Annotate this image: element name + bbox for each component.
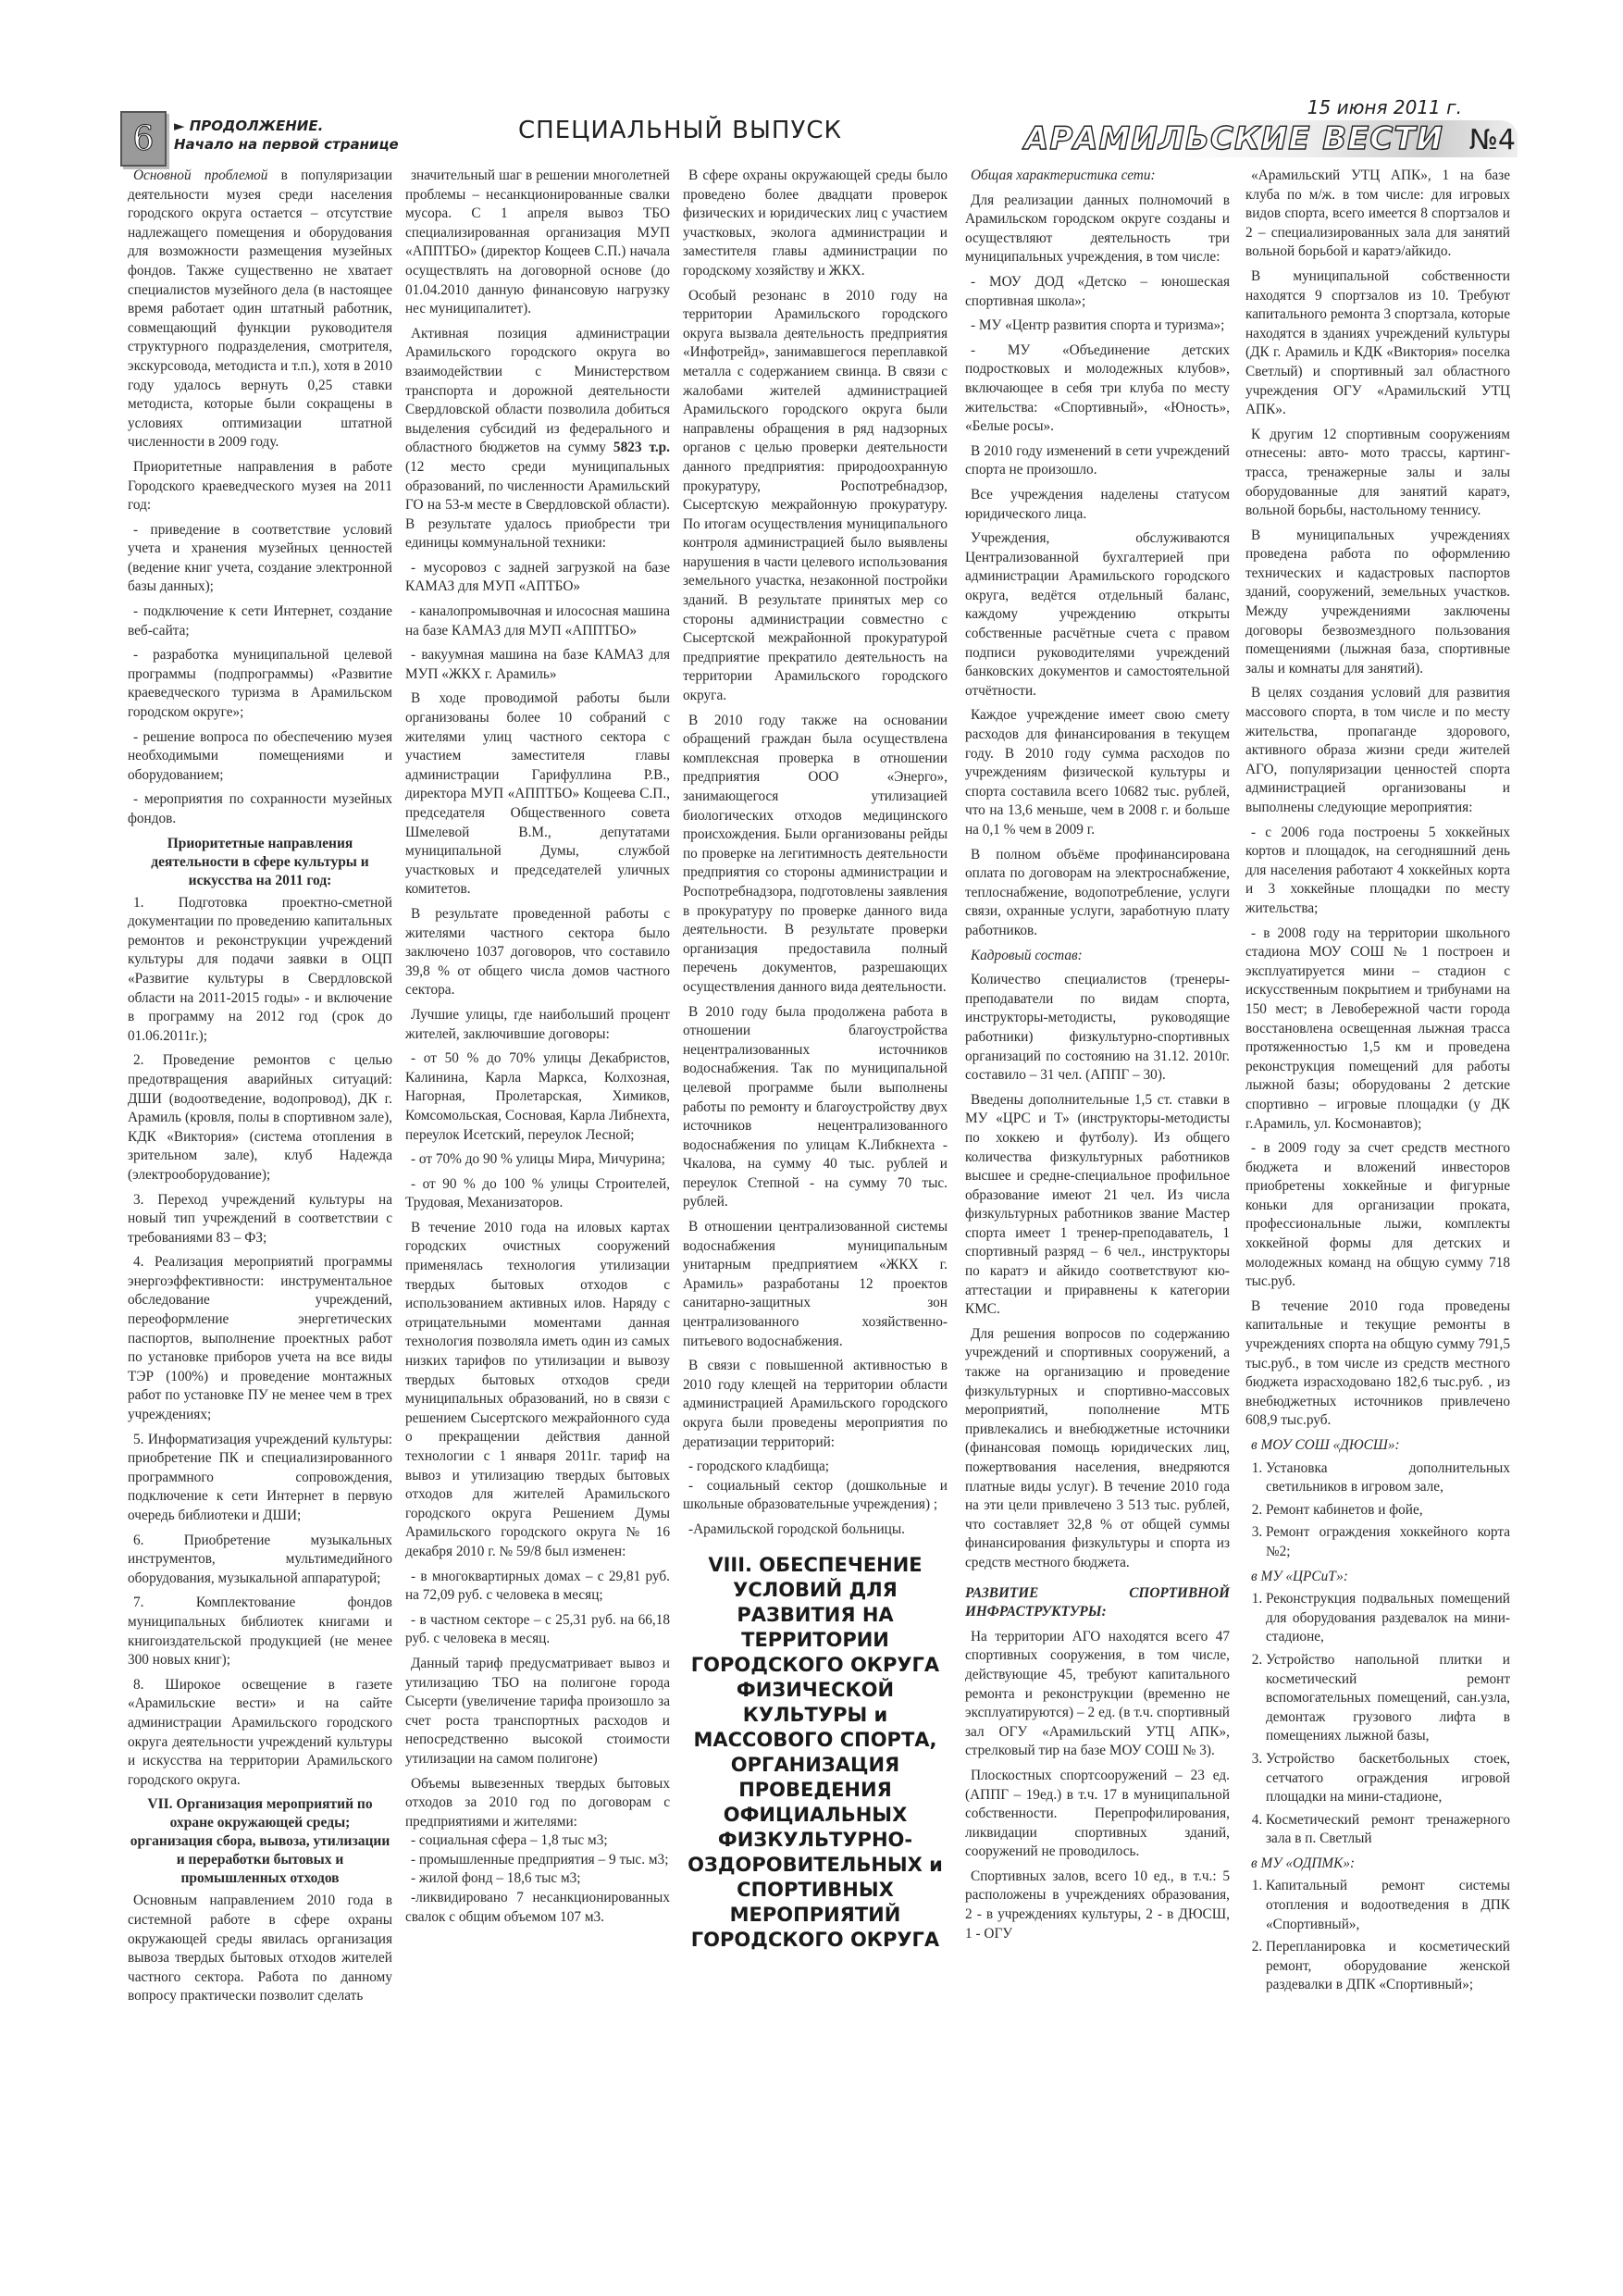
list-item: - от 50 % до 70% улицы Декабристов, Кали… (405, 1049, 670, 1145)
list-item: - в многоквартирных домах – с 29,81 руб.… (405, 1568, 670, 1606)
repairs-list-dyussh: Установка дополнительных светильников в … (1245, 1459, 1510, 1562)
numbered-item: 6. Приобретение музыкальных инструментов… (128, 1532, 392, 1589)
list-item: - подключение к сети Интернет, создание … (128, 602, 392, 640)
section-title: СПЕЦИАЛЬНЫЙ ВЫПУСК (518, 117, 842, 144)
list-item: - мероприятия по сохранности музейных фо… (128, 790, 392, 828)
paragraph: В результате проведенной работы с жителя… (405, 905, 670, 1000)
list-item: - с 2006 года построены 5 хоккейных корт… (1245, 824, 1510, 919)
paragraph: Все учреждения наделены статусом юридиче… (965, 486, 1230, 524)
paragraph: В течение 2010 года проведены капитальны… (1245, 1297, 1510, 1431)
list-item: - решение вопроса по обеспечению музея н… (128, 728, 392, 786)
list-item: - социальный сектор (дошкольные и школьн… (683, 1477, 948, 1515)
subheading: Кадровый состав: (965, 947, 1230, 966)
list-item: -ликвидировано 7 несанкционированных сва… (405, 1889, 670, 1927)
numbered-item: 3. Переход учреждений культуры на новый … (128, 1191, 392, 1248)
numbered-item: 5. Информатизация учреждений культуры: п… (128, 1431, 392, 1526)
paragraph: Введены дополнительные 1,5 ст. ставки в … (965, 1091, 1230, 1320)
paragraph: В 2010 году изменений в сети учреждений … (965, 442, 1230, 480)
paragraph: Данный тариф предусматривает вывоз и ути… (405, 1655, 670, 1769)
paragraph: Спортивных залов, всего 10 ед., в т.ч.: … (965, 1868, 1230, 1943)
article-columns: Основной проблемой в популяризации деяте… (128, 167, 1516, 2212)
paragraph: В 2010 году также на основании обращений… (683, 712, 948, 998)
paragraph: Каждое учреждение имеет свою смету расхо… (965, 706, 1230, 839)
numbered-item: 8. Широкое освещение в газете «Арамильск… (128, 1676, 392, 1791)
list-item: - разработка муниципальной целевой прогр… (128, 646, 392, 722)
repairs-list-crsit: Реконструкция подвальных помещений для о… (1245, 1590, 1510, 1849)
list-item: Установка дополнительных светильников в … (1266, 1459, 1510, 1497)
list-item: - МУ «Объединение детских подростковых и… (965, 341, 1230, 437)
issue-number: №4 (1469, 124, 1516, 156)
column-3: В сфере охраны окружающей среды было про… (683, 167, 948, 1953)
list-item: Ремонт ограждения хоккейного корта №2; (1266, 1523, 1510, 1561)
column-1: Основной проблемой в популяризации деяте… (128, 167, 392, 2012)
list-item: - МОУ ДОД «Детско – юношеская спортивная… (965, 273, 1230, 311)
subheading-dyussh: в МОУ СОШ «ДЮСШ»: (1251, 1436, 1510, 1456)
list-item: - от 90 % до 100 % улицы Строителей, Тру… (405, 1175, 670, 1213)
paragraph: Лучшие улицы, где наибольший процент жит… (405, 1006, 670, 1044)
list-item: Реконструкция подвальных помещений для о… (1266, 1590, 1510, 1647)
list-item: - в 2009 году за счет средств местного б… (1245, 1139, 1510, 1292)
paragraph: значительный шаг в решении многолетней п… (405, 167, 670, 319)
section-heading-vii: VII. Организация мероприятий по охране о… (128, 1795, 392, 1888)
numbered-item: 1. Подготовка проектно-сметной документа… (128, 894, 392, 1047)
subheading: Общая характеристика сети: (965, 167, 1230, 186)
paragraph: В сфере охраны окружающей среды было про… (683, 167, 948, 281)
continuation-note: ► ПРОДОЛЖЕНИЕ. Начало на первой странице (174, 117, 399, 154)
list-item: - социальная сфера – 1,8 тыс м3; (405, 1831, 670, 1851)
continuation-label: ► ПРОДОЛЖЕНИЕ. (174, 117, 399, 135)
page-header: 6 ► ПРОДОЛЖЕНИЕ. Начало на первой страни… (120, 109, 1545, 167)
paragraph: Приоритетные направления в работе Городс… (128, 458, 392, 515)
list-item: Устройство напольной плитки и косметичес… (1266, 1651, 1510, 1746)
newspaper-name: АРАМИЛЬСКИЕ ВЕСТИ (1024, 120, 1443, 157)
paragraph: Для решения вопросов по содержанию учреж… (965, 1325, 1230, 1573)
paragraph: В ходе проводимой работы были организова… (405, 689, 670, 900)
list-item: - МУ «Центр развития спорта и туризма»; (965, 316, 1230, 336)
numbered-item: 2. Проведение ремонтов с целью предотвра… (128, 1051, 392, 1185)
list-item: -Арамильской городской больницы. (683, 1520, 948, 1540)
list-item: - мусоровоз с задней загрузкой на базе К… (405, 559, 670, 597)
list-item: Ремонт кабинетов и фойе, (1266, 1501, 1510, 1520)
paragraph: Объемы вывезенных твердых бытовых отходо… (405, 1775, 670, 1832)
numbered-item: 7. Комплектование фондов муниципальных б… (128, 1594, 392, 1669)
list-item: Косметический ремонт тренажерного зала в… (1266, 1811, 1510, 1849)
section-heading-viii: VIII. ОБЕСПЕЧЕНИЕ УСЛОВИЙ ДЛЯ РАЗВИТИЯ Н… (683, 1553, 948, 1953)
paragraph: В связи с повышенной активностью в 2010 … (683, 1357, 948, 1452)
list-item: - жилой фонд – 18,6 тыс м3; (405, 1869, 670, 1889)
column-2: значительный шаг в решении многолетней п… (405, 167, 670, 1932)
list-item: - городского кладбища; (683, 1458, 948, 1477)
list-item: - каналопромывочная и илососная машина н… (405, 602, 670, 640)
paragraph: В течение 2010 года на иловых картах гор… (405, 1219, 670, 1562)
page-number-badge: 6 (120, 111, 167, 167)
subheading-odpmk: в МУ «ОДПМК»: (1251, 1855, 1510, 1874)
paragraph: Основной проблемой в популяризации деяте… (128, 167, 392, 453)
section-heading: Приоритетные направления деятельности в … (128, 835, 392, 890)
paragraph: Количество специалистов (тренеры-препода… (965, 971, 1230, 1086)
section-heading: РАЗВИТИЕ СПОРТИВНОЙ ИНФРАСТРУКТУРЫ: (965, 1584, 1230, 1622)
numbered-item: 4. Реализация мероприятий программы энер… (128, 1253, 392, 1424)
list-item: - в 2008 году на территории школьного ст… (1245, 925, 1510, 1135)
paragraph: К другим 12 спортивным сооружениям отнес… (1245, 426, 1510, 521)
paragraph: Учреждения, обслуживаются Централизованн… (965, 529, 1230, 701)
issue-date: 15 июня 2011 г. (1307, 96, 1462, 118)
subsidy-amount: 5823 т.р. (613, 440, 670, 455)
paragraph: Особый резонанс в 2010 году на территори… (683, 287, 948, 706)
paragraph: В полном объёме профинансирована оплата … (965, 846, 1230, 941)
paragraph: В 2010 году была продолжена работа в отн… (683, 1003, 948, 1213)
paragraph: Основным направлением 2010 года в систем… (128, 1892, 392, 2006)
repairs-list-odpmk: Капитальный ремонт системы отопления и в… (1245, 1877, 1510, 1995)
paragraph: Плоскостных спортсооружений – 23 ед. (АП… (965, 1767, 1230, 1862)
subheading-crsit: в МУ «ЦРСиТ»: (1251, 1568, 1510, 1587)
list-item: - в частном секторе – с 25,31 руб. на 66… (405, 1611, 670, 1649)
list-item: - вакуумная машина на базе КАМАЗ для МУП… (405, 646, 670, 684)
column-5: «Арамильский УТЦ АПК», 1 на базе клуба п… (1245, 167, 1510, 2001)
list-item: Перепланировка и косметический ремонт, о… (1266, 1938, 1510, 1995)
paragraph: В целях создания условий для развития ма… (1245, 684, 1510, 817)
list-item: - промышленные предприятия – 9 тыс. м3; (405, 1851, 670, 1870)
list-item: Устройство баскетбольных стоек, сетчатог… (1266, 1750, 1510, 1807)
list-item: Капитальный ремонт системы отопления и в… (1266, 1877, 1510, 1934)
paragraph: Для реализации данных полномочий в Арами… (965, 192, 1230, 267)
list-item: - приведение в соответствие условий учет… (128, 521, 392, 597)
column-4: Общая характеристика сети: Для реализаци… (965, 167, 1230, 1949)
paragraph: В муниципальных учреждениях проведена ра… (1245, 527, 1510, 679)
paragraph: «Арамильский УТЦ АПК», 1 на базе клуба п… (1245, 167, 1510, 262)
continuation-source: Начало на первой странице (174, 135, 399, 154)
list-item: - от 70% до 90 % улицы Мира, Мичурина; (405, 1150, 670, 1170)
paragraph: В отношении централизованной системы вод… (683, 1218, 948, 1351)
paragraph: В муниципальной собственности находятся … (1245, 267, 1510, 420)
paragraph: Активная позиция администрации Арамильск… (405, 325, 670, 553)
paragraph: На территории АГО находятся всего 47 спо… (965, 1628, 1230, 1761)
